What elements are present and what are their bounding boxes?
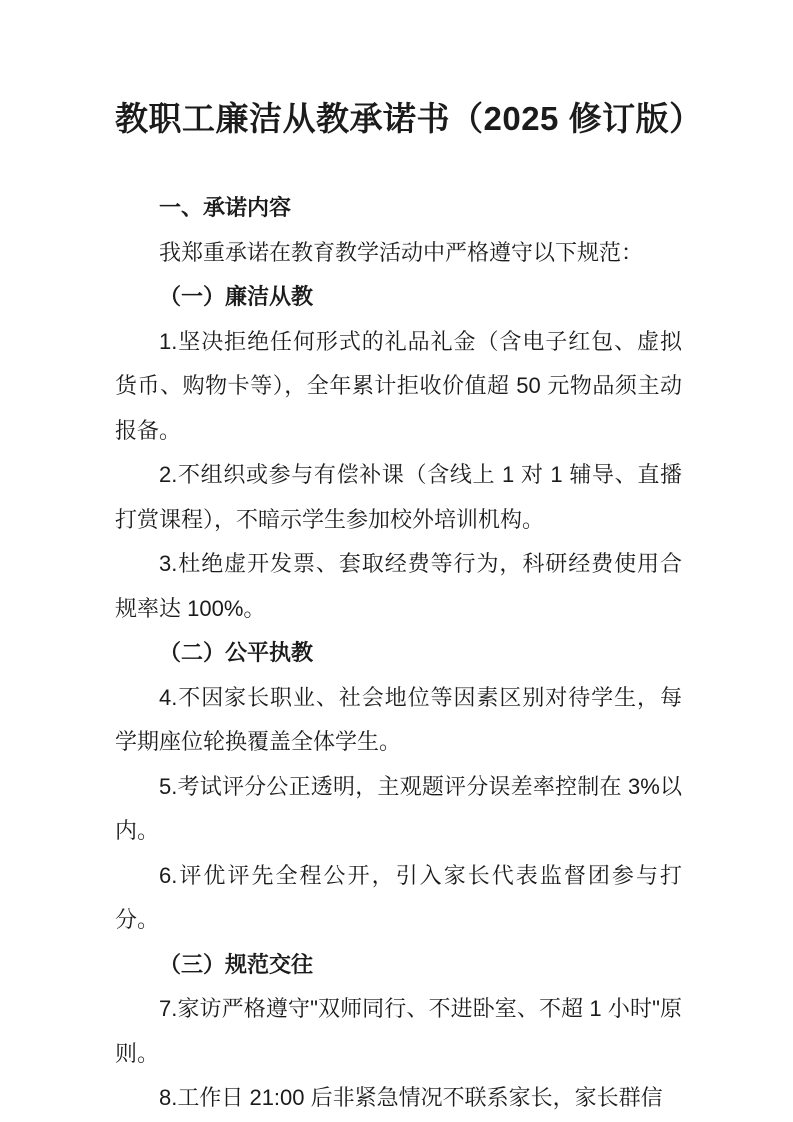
- subsection-heading-fair-teaching: （二）公平执教: [115, 631, 682, 676]
- list-item-4: 4.不因家长职业、社会地位等因素区别对待学生，每学期座位轮换覆盖全体学生。: [115, 676, 682, 765]
- list-item-1: 1.坚决拒绝任何形式的礼品礼金（含电子红包、虚拟货币、购物卡等），全年累计拒收价…: [115, 320, 682, 454]
- list-item-2: 2.不组织或参与有偿补课（含线上 1 对 1 辅导、直播打赏课程），不暗示学生参…: [115, 453, 682, 542]
- list-item-7: 7.家访严格遵守"双师同行、不进卧室、不超 1 小时"原则。: [115, 987, 682, 1076]
- list-item-6: 6.评优评先全程公开，引入家长代表监督团参与打分。: [115, 854, 682, 943]
- list-item-8: 8.工作日 21:00 后非紧急情况不联系家长，家长群信: [115, 1076, 682, 1121]
- list-item-3: 3.杜绝虚开发票、套取经费等行为，科研经费使用合规率达 100%。: [115, 542, 682, 631]
- intro-paragraph: 我郑重承诺在教育教学活动中严格遵守以下规范：: [115, 231, 682, 276]
- list-item-5: 5.考试评分公正透明，主观题评分误差率控制在 3%以内。: [115, 765, 682, 854]
- subsection-heading-standard-interaction: （三）规范交往: [115, 943, 682, 988]
- subsection-heading-integrity-teaching: （一）廉洁从教: [115, 275, 682, 320]
- section-heading-commitment-content: 一、承诺内容: [115, 186, 682, 231]
- document-title: 教职工廉洁从教承诺书（2025 修订版）: [115, 0, 682, 139]
- document-page: 教职工廉洁从教承诺书（2025 修订版） 一、承诺内容 我郑重承诺在教育教学活动…: [0, 0, 793, 1122]
